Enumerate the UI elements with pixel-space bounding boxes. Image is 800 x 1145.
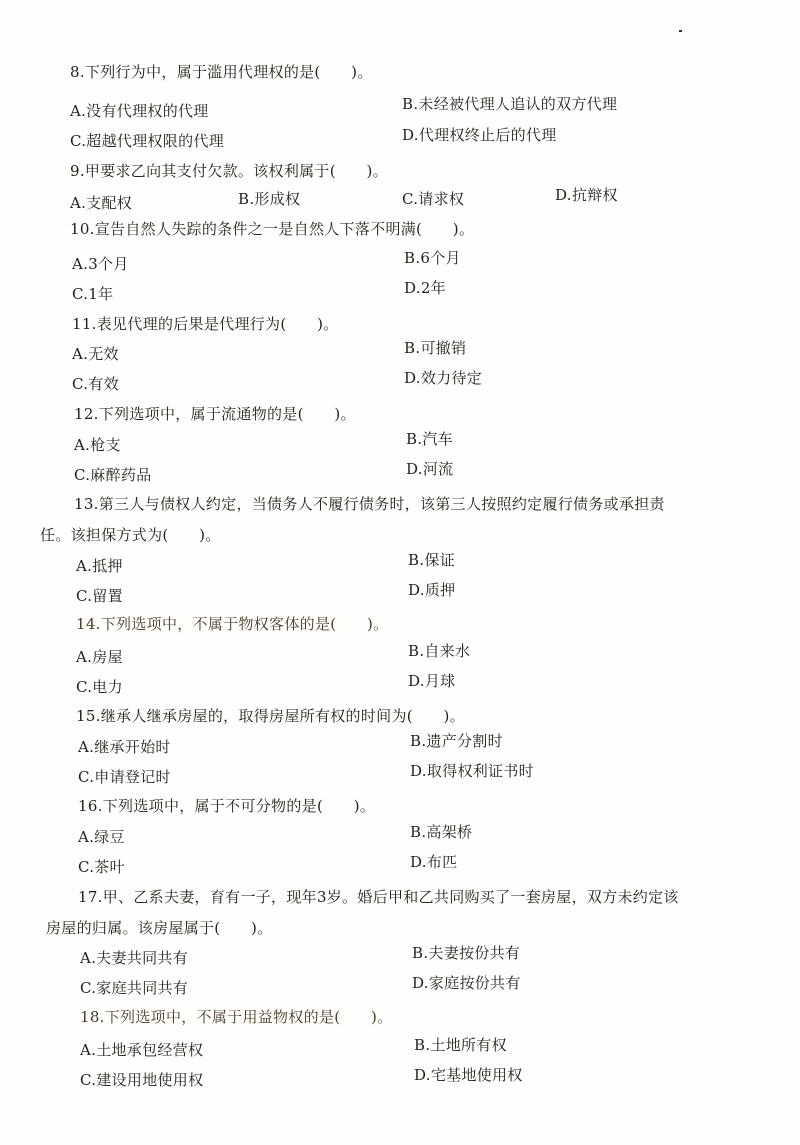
question-8-option-d[interactable]: D.代理权终止后的代理	[402, 125, 557, 145]
question-9-option-b[interactable]: B.形成权	[238, 189, 300, 209]
question-17-option-d[interactable]: D.家庭按份共有	[412, 973, 521, 993]
question-17-stem-line1: 17.甲、乙系夫妻，育有一子，现年3岁。婚后甲和乙共同购买了一套房屋，双方未约定…	[78, 887, 679, 907]
question-15-option-c[interactable]: C.申请登记时	[78, 767, 171, 787]
question-11-option-d[interactable]: D.效力待定	[404, 368, 482, 388]
question-8-option-a[interactable]: A.没有代理权的代理	[70, 101, 209, 121]
question-15-option-b[interactable]: B.遗产分割时	[410, 731, 503, 751]
question-16-option-c[interactable]: C.茶叶	[78, 857, 125, 877]
question-16-option-d[interactable]: D.布匹	[410, 852, 457, 872]
question-14-option-b[interactable]: B.自来水	[408, 641, 470, 661]
question-13-stem-line1: 13.第三人与债权人约定，当债务人不履行债务时，该第三人按照约定履行债务或承担责	[74, 494, 665, 514]
question-14-option-d[interactable]: D.月球	[408, 671, 455, 691]
question-8-option-c[interactable]: C.超越代理权限的代理	[70, 131, 224, 151]
question-13-stem-line2: 任。该担保方式为( )。	[40, 525, 221, 545]
question-13-option-b[interactable]: B.保证	[408, 550, 455, 570]
question-14-stem: 14.下列选项中，不属于物权客体的是( )。	[76, 614, 388, 634]
question-16-option-b[interactable]: B.高架桥	[410, 822, 472, 842]
question-12-option-b[interactable]: B.汽车	[406, 429, 453, 449]
question-11-option-c[interactable]: C.有效	[72, 374, 119, 394]
question-12-option-d[interactable]: D.河流	[406, 459, 453, 479]
question-15-stem: 15.继承人继承房屋的，取得房屋所有权的时间为( )。	[76, 706, 465, 726]
question-12-stem: 12.下列选项中，属于流通物的是( )。	[74, 404, 356, 424]
question-12-option-a[interactable]: A.枪支	[74, 435, 121, 455]
scan-speck	[679, 30, 682, 32]
question-12-option-c[interactable]: C.麻醉药品	[74, 465, 152, 485]
question-18-option-b[interactable]: B.土地所有权	[414, 1035, 507, 1055]
question-8-option-b[interactable]: B.未经被代理人追认的双方代理	[402, 94, 617, 114]
question-13-option-d[interactable]: D.质押	[408, 580, 455, 600]
question-13-option-a[interactable]: A.抵押	[76, 556, 123, 576]
question-10-option-b[interactable]: B.6个月	[404, 248, 461, 268]
question-10-option-d[interactable]: D.2年	[404, 278, 446, 298]
question-14-option-c[interactable]: C.电力	[76, 677, 123, 697]
question-17-option-a[interactable]: A.夫妻共同共有	[80, 948, 188, 968]
question-18-option-a[interactable]: A.土地承包经营权	[80, 1040, 203, 1060]
question-9-option-c[interactable]: C.请求权	[402, 189, 464, 209]
question-10-stem: 10.宣告自然人失踪的条件之一是自然人下落不明满( )。	[70, 219, 474, 239]
question-10-option-c[interactable]: C.1年	[72, 284, 113, 304]
question-18-stem: 18.下列选项中，不属于用益物权的是( )。	[80, 1007, 392, 1027]
question-11-option-a[interactable]: A.无效	[72, 344, 119, 364]
question-16-stem: 16.下列选项中，属于不可分物的是( )。	[78, 796, 375, 816]
question-13-option-c[interactable]: C.留置	[76, 586, 123, 606]
question-18-option-c[interactable]: C.建设用地使用权	[80, 1070, 203, 1090]
question-8-stem: 8.下列行为中，属于滥用代理权的是( )。	[70, 62, 373, 82]
question-16-option-a[interactable]: A.绿豆	[78, 827, 125, 847]
question-9-option-a[interactable]: A.支配权	[70, 193, 132, 213]
question-17-option-b[interactable]: B.夫妻按份共有	[412, 943, 520, 963]
question-9-stem: 9.甲要求乙向其支付欠款。该权利属于( )。	[70, 161, 388, 181]
question-17-stem-line2: 房屋的归属。该房屋属于( )。	[46, 918, 273, 938]
exam-page: 8.下列行为中，属于滥用代理权的是( )。 A.没有代理权的代理 B.未经被代理…	[0, 0, 800, 1145]
question-11-stem: 11.表见代理的后果是代理行为( )。	[72, 314, 339, 334]
question-15-option-d[interactable]: D.取得权利证书时	[410, 761, 534, 781]
question-18-option-d[interactable]: D.宅基地使用权	[414, 1065, 523, 1085]
question-14-option-a[interactable]: A.房屋	[76, 647, 123, 667]
question-9-option-d[interactable]: D.抗辩权	[555, 185, 618, 205]
question-17-option-c[interactable]: C.家庭共同共有	[80, 978, 188, 998]
question-15-option-a[interactable]: A.继承开始时	[78, 737, 171, 757]
question-11-option-b[interactable]: B.可撤销	[404, 338, 466, 358]
question-10-option-a[interactable]: A.3个月	[72, 254, 129, 274]
